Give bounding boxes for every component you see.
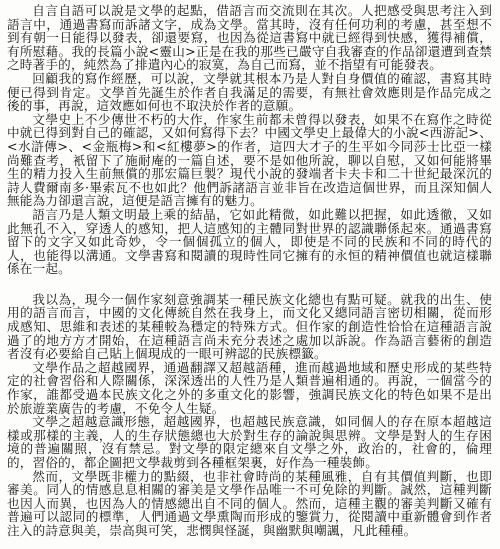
paragraph-aesthetic-judgment: 然而，文學既非權力的點綴，也非社會時尚的某種風雅，自有其價值判斷，也即審美。同人… — [7, 470, 492, 538]
paragraph-national-culture-doubt: 我以為，現今一個作家刻意強調某一種民族文化總也有點可疑。就我的出生、使用的語言而… — [7, 293, 492, 361]
text-section-1: 自言自語可以說是文學的起點，借語言而交流則在其次。人把感受與思考注入到語言中，通… — [7, 4, 492, 276]
paragraph-literature-beyond-borders: 文學作品之超越國界，通過翻譯又超越語種，進而越過地域和歷史形成的某些特定的社會習… — [7, 361, 492, 415]
document-page: 自言自語可以說是文學的起點，借語言而交流則在其次。人把感受與思考注入到語言中，通… — [0, 0, 500, 549]
paragraph-self-affirmation: 回顧我的寫作經歷，可以說，文學就其根本乃是人對自身價值的確認，書寫其時便已得到肯… — [7, 72, 492, 113]
paragraph-beyond-ideology: 文學之超越意識形態，超越國界，也超越民族意識，如同個人的存在原本超越這樣或那樣的… — [7, 415, 492, 469]
paragraph-language-essence: 語言乃是人類文明最上乘的結晶，它如此精微，如此難以把握，如此透徹，又如此無孔不入… — [7, 208, 492, 276]
text-section-2: 我以為，現今一個作家刻意強調某一種民族文化總也有點可疑。就我的出生、使用的語言而… — [7, 293, 492, 538]
paragraph-unpublished-masterpieces: 文學史上不少傳世不朽的大作，作家生前都未曾得以發表，如果不在寫作之時從中就已得到… — [7, 113, 492, 208]
paragraph-writing-origin: 自言自語可以說是文學的起點，借語言而交流則在其次。人把感受與思考注入到語言中，通… — [7, 4, 492, 72]
